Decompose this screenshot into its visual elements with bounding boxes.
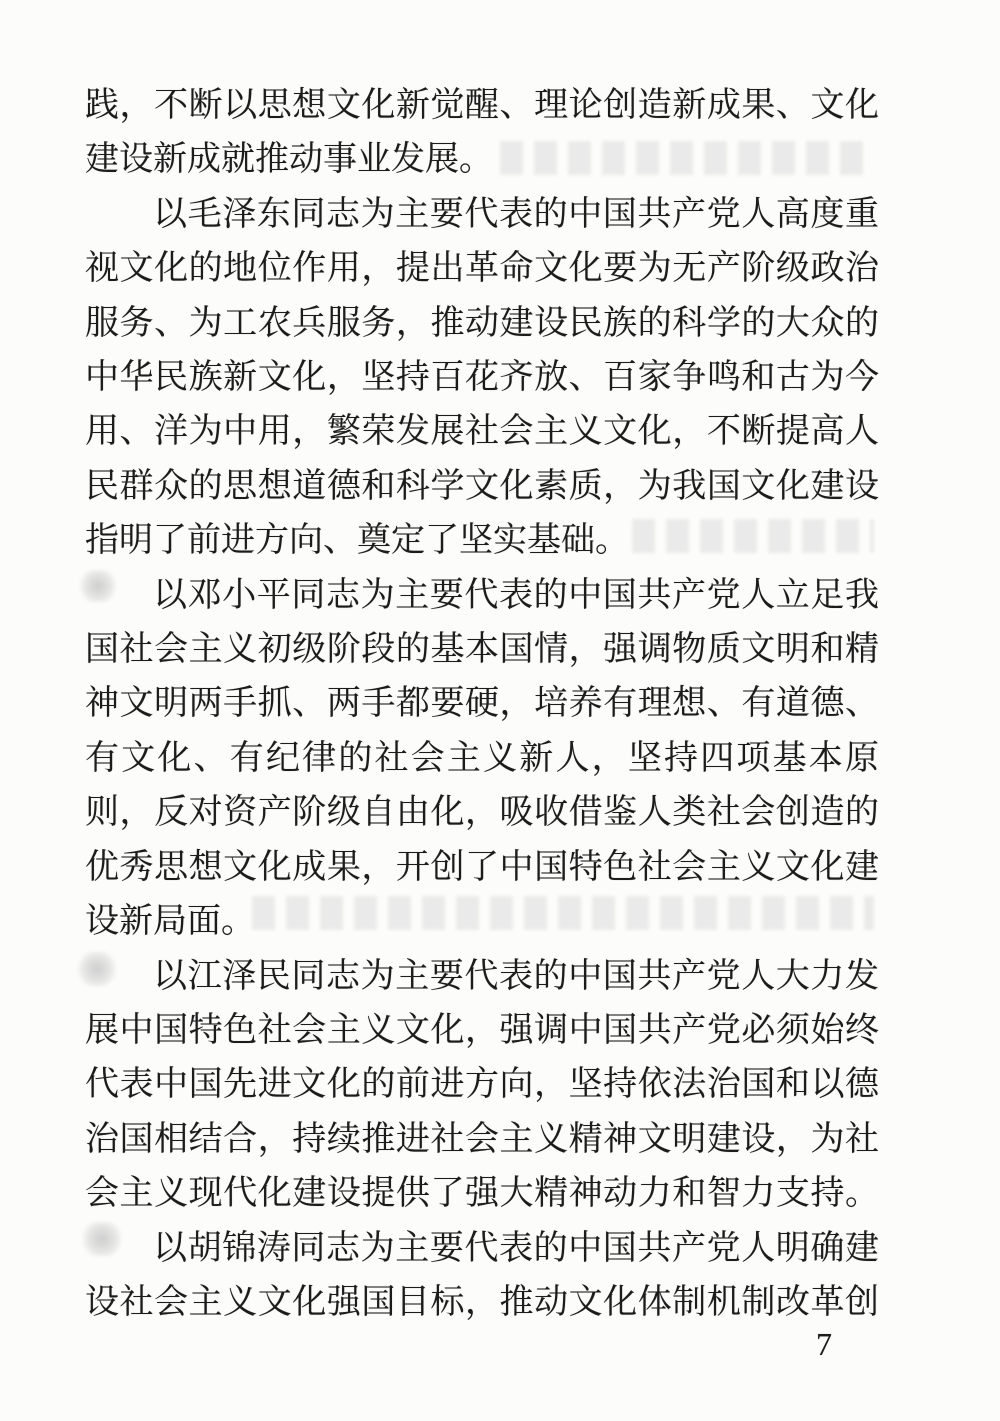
text-line: 指明了前进方向、奠定了坚实基础。: [85, 514, 879, 568]
paragraph: 践，不断以思想文化新觉醒、理论创造新成果、文化 建设新成就推动事业发展。: [85, 79, 879, 188]
text-line: 服务、为工农兵服务，推动建设民族的科学的大众的: [85, 297, 879, 351]
text-line: 践，不断以思想文化新觉醒、理论创造新成果、文化: [85, 79, 879, 133]
text-line: 设社会主义文化强国目标，推动文化体制机制改革创: [85, 1276, 879, 1330]
text-line: 设新局面。: [85, 895, 879, 949]
text-line: 以胡锦涛同志为主要代表的中国共产党人明确建: [85, 1222, 879, 1276]
text-line: 建设新成就推动事业发展。: [85, 133, 879, 187]
text-line: 会主义现代化建设提供了强大精神动力和智力支持。: [85, 1167, 879, 1221]
text-line: 有文化、有纪律的社会主义新人，坚持四项基本原: [85, 732, 879, 786]
text-line: 用、洋为中用，繁荣发展社会主义文化，不断提高人: [85, 405, 879, 459]
text-line: 视文化的地位作用，提出革命文化要为无产阶级政治: [85, 242, 879, 296]
text-line: 以毛泽东同志为主要代表的中国共产党人高度重: [85, 188, 879, 242]
text-line: 以邓小平同志为主要代表的中国共产党人立足我: [85, 569, 879, 623]
paragraph: 以江泽民同志为主要代表的中国共产党人大力发 展中国特色社会主义文化，强调中国共产…: [85, 950, 879, 1222]
text-line: 以江泽民同志为主要代表的中国共产党人大力发: [85, 950, 879, 1004]
paragraph: 以邓小平同志为主要代表的中国共产党人立足我 国社会主义初级阶段的基本国情，强调物…: [85, 569, 879, 950]
text-line: 展中国特色社会主义文化，强调中国共产党必须始终: [85, 1004, 879, 1058]
text-line: 中华民族新文化，坚持百花齐放、百家争鸣和古为今: [85, 351, 879, 405]
paragraph: 以胡锦涛同志为主要代表的中国共产党人明确建 设社会主义文化强国目标，推动文化体制…: [85, 1222, 879, 1331]
page-number: 7: [800, 1326, 848, 1363]
scanned-book-page: 践，不断以思想文化新觉醒、理论创造新成果、文化 建设新成就推动事业发展。 以毛泽…: [0, 0, 1000, 1421]
text-line: 代表中国先进文化的前进方向，坚持依法治国和以德: [85, 1058, 879, 1112]
text-line: 治国相结合，持续推进社会主义精神文明建设，为社: [85, 1113, 879, 1167]
text-line: 国社会主义初级阶段的基本国情，强调物质文明和精: [85, 623, 879, 677]
text-line: 则，反对资产阶级自由化，吸收借鉴人类社会创造的: [85, 786, 879, 840]
text-line: 优秀思想文化成果，开创了中国特色社会主义文化建: [85, 841, 879, 895]
text-line: 神文明两手抓、两手都要硬，培养有理想、有道德、: [85, 677, 879, 731]
paragraph: 以毛泽东同志为主要代表的中国共产党人高度重 视文化的地位作用，提出革命文化要为无…: [85, 188, 879, 569]
text-line: 民群众的思想道德和科学文化素质，为我国文化建设: [85, 460, 879, 514]
body-text: 践，不断以思想文化新觉醒、理论创造新成果、文化 建设新成就推动事业发展。 以毛泽…: [85, 79, 879, 1330]
